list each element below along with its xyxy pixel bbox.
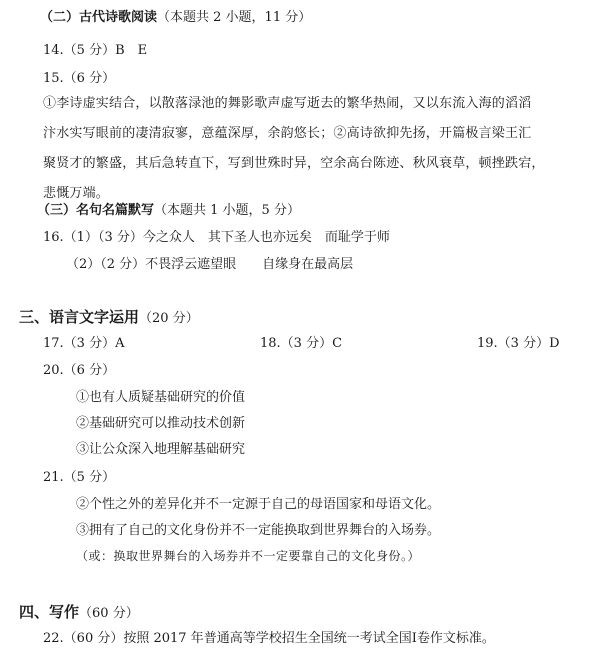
q21-item: ②个性之外的差异化并不一定源于自己的母语国家和母语文化。: [76, 496, 440, 514]
subsection-heading-famous-lines: （三）名句名篇默写（本题共 1 小题，5 分）: [37, 202, 300, 220]
answer-q16-part2: （2）（2 分）不畏浮云遮望眼 自缘身在最高层: [66, 256, 353, 274]
answer-q16-part1: 16.（1）（3 分）今之众人 其下圣人也亦远矣 而耻学于师: [43, 229, 390, 247]
heading-note: （本题共 1 小题，5 分）: [154, 203, 300, 218]
q21-alternative-note: （或：换取世界舞台的入场券并不一定要靠自己的文化身份。）: [76, 547, 420, 565]
answer-q18: 18.（3 分）C: [260, 335, 342, 353]
section-heading-writing: 四、写作（60 分）: [19, 603, 139, 623]
answer-q19: 19.（3 分）D: [477, 335, 560, 353]
section-heading-language-use: 三、语言文字运用（20 分）: [19, 308, 199, 328]
heading-note: （20 分）: [139, 311, 199, 326]
heading-text: 四、写作: [19, 603, 79, 621]
answer-q21-label: 21.（5 分）: [43, 469, 115, 487]
q15-line: ①李诗虚实结合，以散落渌池的舞影歌声虚写逝去的繁华热闹，又以东流入海的滔滔: [43, 91, 563, 121]
subsection-heading-ancient-poetry: （二）古代诗歌阅读（本题共 2 小题，11 分）: [40, 9, 311, 27]
q20-item: ③让公众深入地理解基础研究: [76, 441, 245, 459]
answer-q15-body: ①李诗虚实结合，以散落渌池的舞影歌声虚写逝去的繁华热闹，又以东流入海的滔滔 汴水…: [43, 91, 563, 211]
answer-q22: 22.（60 分）按照 2017 年普通高等学校招生全国统一考试全国Ⅰ卷作文标准…: [43, 630, 495, 648]
heading-text: （三）名句名篇默写: [37, 203, 154, 218]
heading-text: 三、语言文字运用: [19, 308, 139, 326]
answer-q20-label: 20.（6 分）: [43, 362, 115, 380]
q20-item: ①也有人质疑基础研究的价值: [76, 389, 245, 407]
q20-item: ②基础研究可以推动技术创新: [76, 415, 245, 433]
q21-item: ③拥有了自己的文化身份并不一定能换取到世界舞台的入场券。: [76, 522, 440, 540]
heading-text: （二）古代诗歌阅读: [40, 10, 157, 25]
q15-line: 聚贤才的繁盛，其后急转直下，写到世殊时异，空余高台陈迹、秋风衰草，顿挫跌宕，: [43, 151, 563, 181]
heading-note: （本题共 2 小题，11 分）: [157, 10, 311, 25]
answer-q14: 14.（5 分）B E: [43, 42, 147, 60]
answer-q15-label: 15.（6 分）: [43, 70, 115, 88]
q15-line: 汴水实写眼前的凄清寂寥，意蕴深厚，余韵悠长；②高诗欲抑先扬，开篇极言梁王汇: [43, 121, 563, 151]
answer-q17: 17.（3 分）A: [43, 335, 124, 353]
heading-note: （60 分）: [79, 606, 139, 621]
